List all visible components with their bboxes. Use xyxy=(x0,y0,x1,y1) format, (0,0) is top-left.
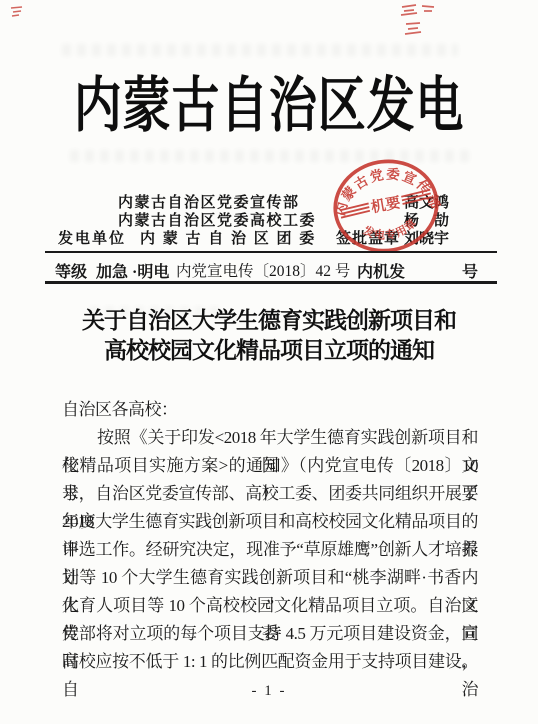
body-line: 传部将对立项的每个项目支持 4.5 万元项目建设资金，同时， xyxy=(62,620,478,648)
top-left-red-mark-icon xyxy=(9,4,25,19)
scanned-telegram-document: 内蒙古自治区发电 内蒙古自治区党委宣传部 高文鸿 内蒙古自治区党委高校工委 杨 … xyxy=(0,0,538,724)
sender-row-3: 发电单位 内 蒙 古 自 治 区 团 委 签批盖章 刘晓宇 xyxy=(0,227,538,245)
bleed-through-row xyxy=(62,44,458,56)
serial-suffix: 号 xyxy=(462,259,478,282)
document-body: 自治区各高校： 按照《关于印发<2018 年大学生德育实践创新项目和校园文 化精… xyxy=(62,396,478,676)
body-line: 求，自治区党委宣传部、高校工委、团委共同组织开展了 2018 xyxy=(62,480,478,508)
urgency-value: 加急 xyxy=(96,259,128,282)
document-title-line1: 关于自治区大学生德育实践创新项目和 xyxy=(0,306,538,336)
page-number: - 1 - xyxy=(0,683,538,700)
document-title-line2: 高校校园文化精品项目立项的通知 xyxy=(0,336,538,366)
telegram-type: ·明电 xyxy=(132,259,169,282)
level-label: 等级 xyxy=(55,259,87,282)
body-line: 化育人项目等 10 个高校校园文化精品项目立项。自治区党委宣 xyxy=(62,592,478,620)
body-line: 按照《关于印发<2018 年大学生德育实践创新项目和校园文 xyxy=(62,424,478,452)
salutation: 自治区各高校： xyxy=(62,396,478,424)
body-line: 高校应按不低于 1: 1 的比例匹配资金用于支持项目建设。自治 xyxy=(62,648,478,676)
body-line: 划等 10 个大学生德育实践创新项目和“桃李湖畔·书香内大”文 xyxy=(62,564,478,592)
agency-header-title: 内蒙古自治区发电 xyxy=(54,72,484,140)
sender-row-1: 内蒙古自治区党委宣传部 高文鸿 xyxy=(0,191,538,209)
body-line: 评选工作。经研究决定，现准予“草原雄鹰”创新人才培养计 xyxy=(62,536,478,564)
sender-unit-3: 内 蒙 古 自 治 区 团 委 xyxy=(140,227,316,248)
body-line: 年度大学生德育实践创新项目和高校校园文化精品项目的申报 xyxy=(62,508,478,536)
classification-row: 等级 加急 ·明电 内党宣电传〔2018〕42 号 内机发 号 xyxy=(0,259,538,279)
document-title: 关于自治区大学生德育实践创新项目和 高校校园文化精品项目立项的通知 xyxy=(0,306,538,366)
sender-row-2: 内蒙古自治区党委高校工委 杨 劼 xyxy=(0,209,538,227)
red-official-seal: 内蒙古党委宣传部 发电专用章 机要 xyxy=(322,147,450,265)
serial-label: 内机发 xyxy=(357,259,405,282)
top-right-red-mark-icon xyxy=(396,2,438,40)
document-ref-number: 内党宣电传〔2018〕42 号 xyxy=(176,259,350,281)
header-rule-top xyxy=(45,251,497,253)
seal-middle-text: 机要 xyxy=(370,193,402,216)
sending-unit-label: 发电单位 xyxy=(58,227,126,248)
body-line: 化精品项目实施方案>的通知》（内党宣电传〔2018〕10 号）要 xyxy=(62,452,478,480)
header-rule-bottom xyxy=(45,281,497,284)
